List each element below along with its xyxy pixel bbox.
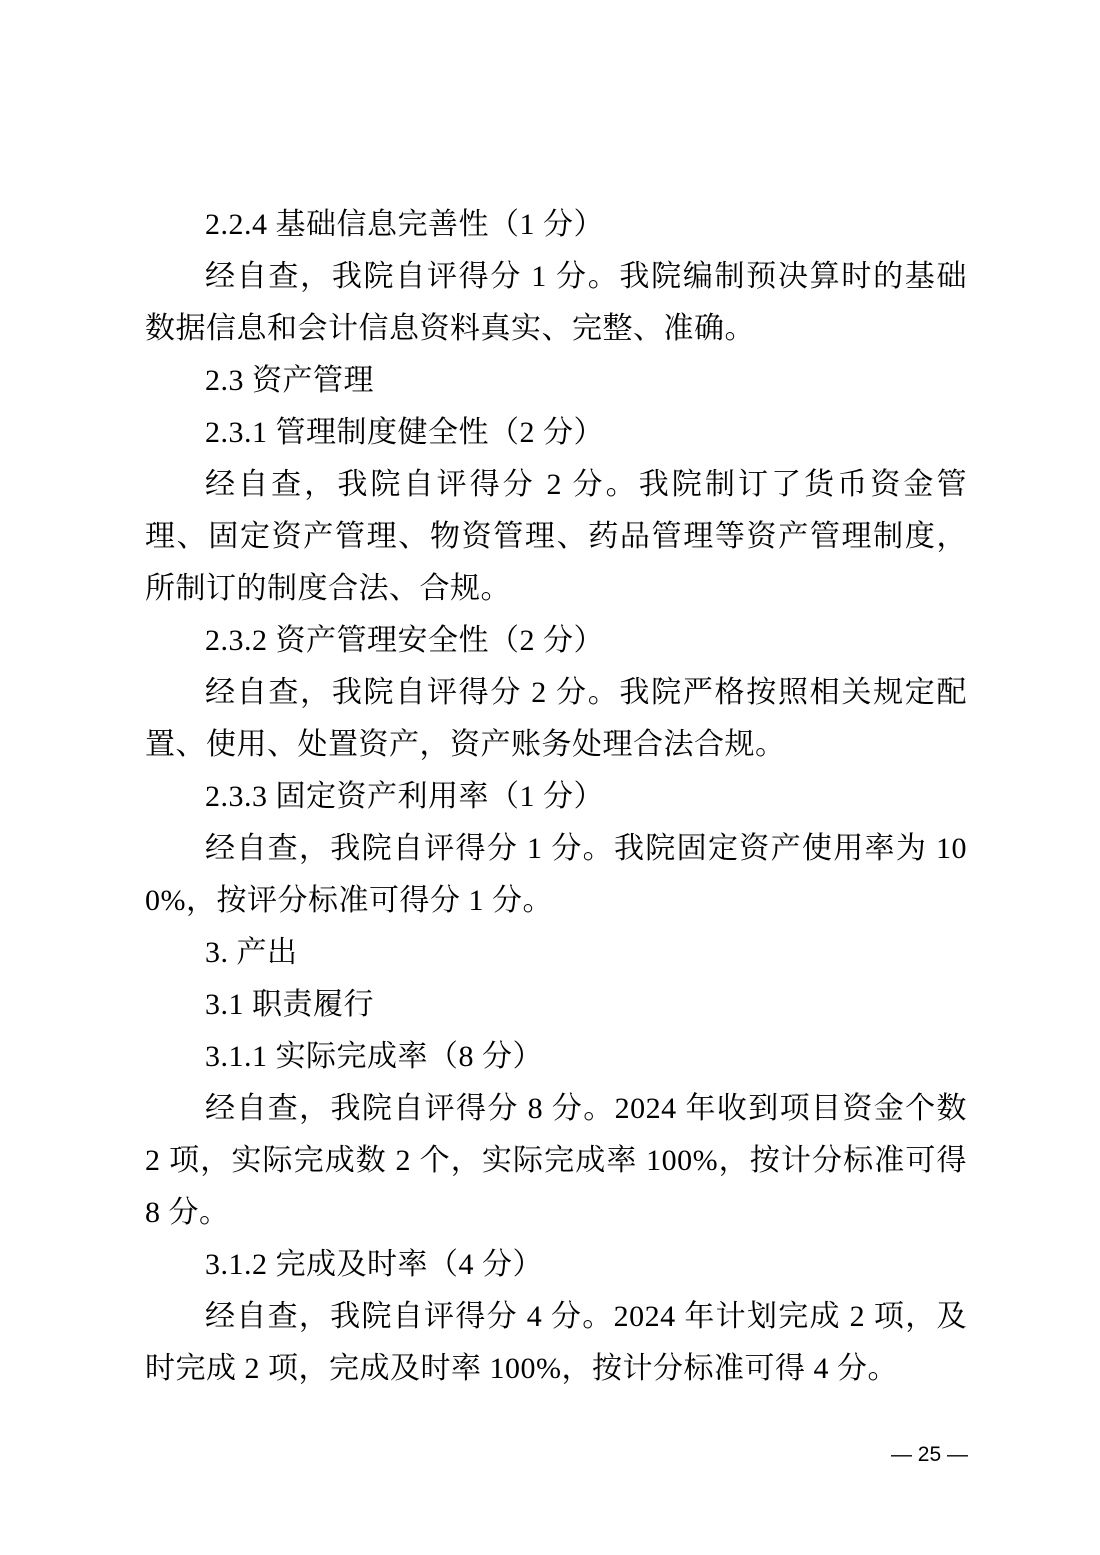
- paragraph: 经自查，我院自评得分 2 分。我院严格按照相关规定配置、使用、处置资产，资产账务…: [145, 667, 967, 771]
- document-content: 2.2.4 基础信息完善性（1 分）经自查，我院自评得分 1 分。我院编制预决算…: [145, 199, 967, 1395]
- section-heading: 3. 产出: [145, 927, 967, 979]
- paragraph: 经自查，我院自评得分 1 分。我院编制预决算时的基础数据信息和会计信息资料真实、…: [145, 251, 967, 355]
- section-heading: 3.1.2 完成及时率（4 分）: [145, 1239, 967, 1291]
- paragraph: 经自查，我院自评得分 2 分。我院制订了货币资金管理、固定资产管理、物资管理、药…: [145, 459, 967, 615]
- section-heading: 2.3 资产管理: [145, 355, 967, 407]
- section-heading: 2.3.3 固定资产利用率（1 分）: [145, 771, 967, 823]
- paragraph: 经自查，我院自评得分 4 分。2024 年计划完成 2 项，及时完成 2 项，完…: [145, 1291, 967, 1395]
- page-number: — 25 —: [891, 1441, 968, 1469]
- section-heading: 3.1 职责履行: [145, 979, 967, 1031]
- section-heading: 3.1.1 实际完成率（8 分）: [145, 1031, 967, 1083]
- paragraph: 经自查，我院自评得分 8 分。2024 年收到项目资金个数 2 项，实际完成数 …: [145, 1083, 967, 1239]
- section-heading: 2.3.1 管理制度健全性（2 分）: [145, 407, 967, 459]
- paragraph: 经自查，我院自评得分 1 分。我院固定资产使用率为 100%，按评分标准可得分 …: [145, 823, 967, 927]
- section-heading: 2.3.2 资产管理安全性（2 分）: [145, 615, 967, 667]
- document-page: 2.2.4 基础信息完善性（1 分）经自查，我院自评得分 1 分。我院编制预决算…: [0, 0, 1100, 1555]
- section-heading: 2.2.4 基础信息完善性（1 分）: [145, 199, 967, 251]
